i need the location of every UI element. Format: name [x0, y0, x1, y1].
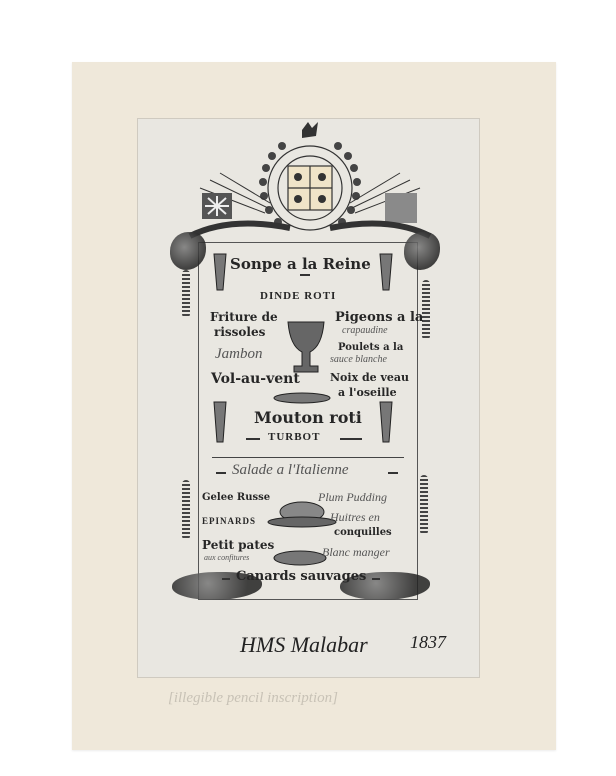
vine-decoration	[182, 270, 190, 318]
urn-icon	[284, 316, 328, 378]
menu-soup: Sonpe a la Reine	[230, 255, 371, 273]
menu-dessert-right-3: conquilles	[334, 527, 392, 538]
serving-dish-icon	[272, 392, 332, 406]
serving-dish-icon	[378, 400, 394, 444]
menu-final: Canards sauvages	[236, 569, 366, 584]
menu-right-2b: sauce blanche	[330, 354, 387, 365]
menu-roast-1: DINDE ROTI	[260, 290, 336, 302]
menu-dessert-right-4: Blanc manger	[322, 545, 390, 560]
menu-roast-2: Mouton roti	[254, 408, 362, 427]
menu-left-1a: Friture de	[210, 310, 278, 324]
vine-decoration	[420, 475, 428, 535]
serving-dish-icon	[378, 252, 394, 292]
menu-left-3: Vol-au-vent	[211, 371, 300, 387]
menu-dessert-left-1: Gelee Russe	[202, 492, 270, 503]
menu-salad: Salade a l'Italienne	[232, 462, 349, 479]
menu-right-2a: Poulets a la	[338, 342, 403, 353]
year: 1837	[410, 632, 446, 653]
serving-dish-icon	[270, 546, 330, 568]
menu-left-2: Jambon	[215, 346, 263, 363]
menu-right-1b: crapaudine	[342, 325, 388, 336]
serving-dish-icon	[212, 252, 228, 292]
menu-right-3a: Noix de veau	[330, 371, 409, 384]
vine-decoration	[182, 480, 190, 540]
serving-dish-icon	[212, 400, 228, 444]
pencil-inscription: [illegible pencil inscription]	[168, 690, 338, 707]
menu-right-1a: Pigeons a la	[335, 310, 423, 325]
menu-dessert-left-3: Petit pates	[202, 538, 274, 552]
menu-right-3b: a l'oseille	[338, 386, 397, 399]
menu-dessert-right-2: Huitres en	[330, 510, 380, 525]
menu-dessert-left-4: aux confitures	[204, 553, 249, 562]
coat-of-arms-crest-icon	[170, 118, 450, 248]
menu-left-1b: rissoles	[214, 325, 265, 339]
signature: HMS Malabar	[240, 632, 368, 658]
menu-fish: TURBOT	[268, 431, 320, 443]
menu-dessert-right-1: Plum Pudding	[318, 490, 387, 505]
menu-dessert-left-2: EPINARDS	[202, 516, 256, 526]
